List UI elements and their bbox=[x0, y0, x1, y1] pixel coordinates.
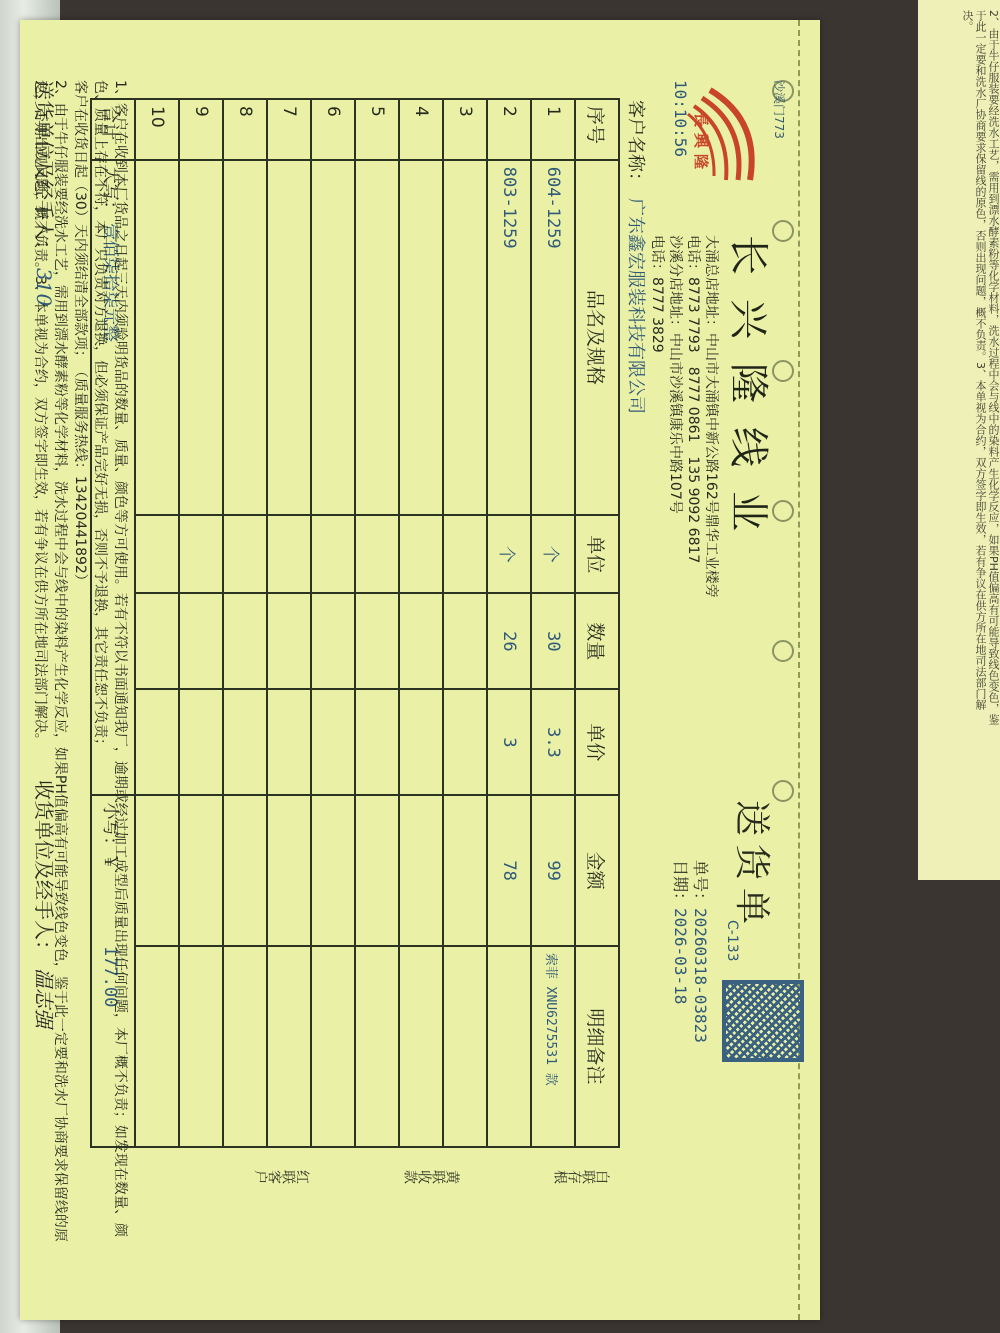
qr-code-icon bbox=[722, 980, 804, 1062]
receiver-sign: 温志强 bbox=[32, 968, 56, 1028]
table-row: 3 bbox=[443, 99, 487, 1147]
col-header-amount: 金额 bbox=[575, 795, 619, 945]
customer-label: 客户名称： bbox=[625, 100, 646, 190]
table-row: 8 bbox=[223, 99, 267, 1147]
order-date: 2026-03-18 bbox=[671, 908, 690, 1004]
row-no: 3 bbox=[443, 99, 487, 160]
background-receipt-text: 2、由于牛仔服装要经洗水工艺，需用到漂水酵素粉等化学材料，洗水过程中会与线中的染… bbox=[928, 10, 1000, 730]
sender-sign: 310 bbox=[32, 268, 56, 306]
sender-signature: 送货单位及经手人：310 bbox=[31, 80, 60, 306]
customer-line: 客户名称：广东鑫宏服装科技有限公司 bbox=[624, 100, 650, 414]
delivery-note: 沙溪门773 長興隆 10:10:56 长兴隆线业 送货单 大涌总店地址：中山市… bbox=[20, 20, 820, 1320]
logo-caption: 沙溪门773 bbox=[771, 80, 788, 139]
row-no: 2 bbox=[487, 99, 531, 160]
row-amount: 78 bbox=[487, 795, 531, 945]
row-price: 3 bbox=[487, 689, 531, 795]
branch-address: 沙溪分店地址：中山市沙溪镇康乐中路107号 bbox=[666, 235, 684, 598]
col-header-unit: 单位 bbox=[575, 515, 619, 593]
perforation-line bbox=[798, 20, 800, 1320]
punch-hole bbox=[772, 780, 794, 802]
document-type: 送货单 bbox=[729, 800, 780, 932]
row-name: 803-1259 bbox=[487, 160, 531, 515]
punch-hole bbox=[772, 640, 794, 662]
terms-line-2: 客户在收货日起（30）天内须结清全部款项； （质量服务热线：1342044189… bbox=[70, 80, 90, 1260]
table-row: 2803-1259个26378 bbox=[487, 99, 531, 1147]
order-meta: 单号：20260318-03823 日期：2026-03-18 bbox=[670, 860, 710, 1043]
row-note: 索菲 XNU6275531 款 bbox=[531, 946, 575, 1147]
row-name: 604-1259 bbox=[531, 160, 575, 515]
table-row: 7 bbox=[267, 99, 311, 1147]
copy-yellow-label: 黄联收款 bbox=[404, 1160, 460, 1184]
customer-name: 广东鑫宏服装科技有限公司 bbox=[625, 198, 646, 414]
table-row: 6 bbox=[311, 99, 355, 1147]
company-title: 长兴隆线业 bbox=[723, 235, 780, 555]
receiver-label: 收货单位及经手人： bbox=[32, 780, 56, 960]
table-row: 4 bbox=[399, 99, 443, 1147]
col-header-name: 品名及规格 bbox=[575, 160, 619, 515]
copy-red-label: 红联客户 bbox=[254, 1160, 310, 1184]
row-note bbox=[487, 946, 531, 1147]
row-no: 1 bbox=[531, 99, 575, 160]
copy-white-label: 白联存根 bbox=[554, 1160, 610, 1184]
row-no: 5 bbox=[355, 99, 399, 160]
row-qty: 26 bbox=[487, 593, 531, 689]
col-header-price: 单价 bbox=[575, 689, 619, 795]
receiver-signature: 收货单位及经手人：温志强 bbox=[31, 780, 60, 1028]
table-row: 5 bbox=[355, 99, 399, 1147]
terms-line-1: 1、客户在收到本厂货品之日起三天内须验明货品的数量、质量、颜色等方可使用。若有不… bbox=[90, 80, 130, 1260]
row-no: 6 bbox=[311, 99, 355, 160]
table-row: 9 bbox=[179, 99, 223, 1147]
row-no: 7 bbox=[267, 99, 311, 160]
row-price: 3.3 bbox=[531, 689, 575, 795]
order-no: 20260318-03823 bbox=[691, 908, 710, 1043]
sender-label: 送货单位及经手人： bbox=[32, 80, 56, 260]
row-no: 9 bbox=[179, 99, 223, 160]
hq-phone: 电话：8773 7793 8777 0861 135 9092 6817 bbox=[684, 235, 702, 598]
table-row: 10 bbox=[135, 99, 179, 1147]
row-unit: 个 bbox=[487, 515, 531, 593]
date-label: 日期： bbox=[671, 860, 690, 908]
address-block: 大涌总店地址：中山市大涌镇中新公路162号鼎华工业楼旁 电话：8773 7793… bbox=[648, 235, 720, 598]
hq-address: 大涌总店地址：中山市大涌镇中新公路162号鼎华工业楼旁 bbox=[702, 235, 720, 598]
col-header-no: 序号 bbox=[575, 99, 619, 160]
row-amount: 99 bbox=[531, 795, 575, 945]
form-code: C-133 bbox=[724, 920, 740, 962]
order-no-label: 单号： bbox=[691, 860, 710, 908]
row-qty: 30 bbox=[531, 593, 575, 689]
branch-phone: 电话：8777 3829 bbox=[648, 235, 666, 598]
col-header-qty: 数量 bbox=[575, 593, 619, 689]
table-row: 1604-1259个303.399索菲 XNU6275531 款 bbox=[531, 99, 575, 1147]
table-header-row: 序号 品名及规格 单位 数量 单价 金额 明细备注 bbox=[575, 99, 619, 1147]
items-table: 序号 品名及规格 单位 数量 单价 金额 明细备注 1604-1259个303.… bbox=[90, 98, 620, 1148]
row-unit: 个 bbox=[531, 515, 575, 593]
row-no: 8 bbox=[223, 99, 267, 160]
row-no: 4 bbox=[399, 99, 443, 160]
row-no: 10 bbox=[135, 99, 179, 160]
logo-text: 長興隆 bbox=[691, 112, 712, 175]
delivery-note-content: 沙溪门773 長興隆 10:10:56 长兴隆线业 送货单 大涌总店地址：中山市… bbox=[20, 20, 820, 1320]
printed-time: 10:10:56 bbox=[671, 80, 690, 157]
col-header-note: 明细备注 bbox=[575, 946, 619, 1147]
